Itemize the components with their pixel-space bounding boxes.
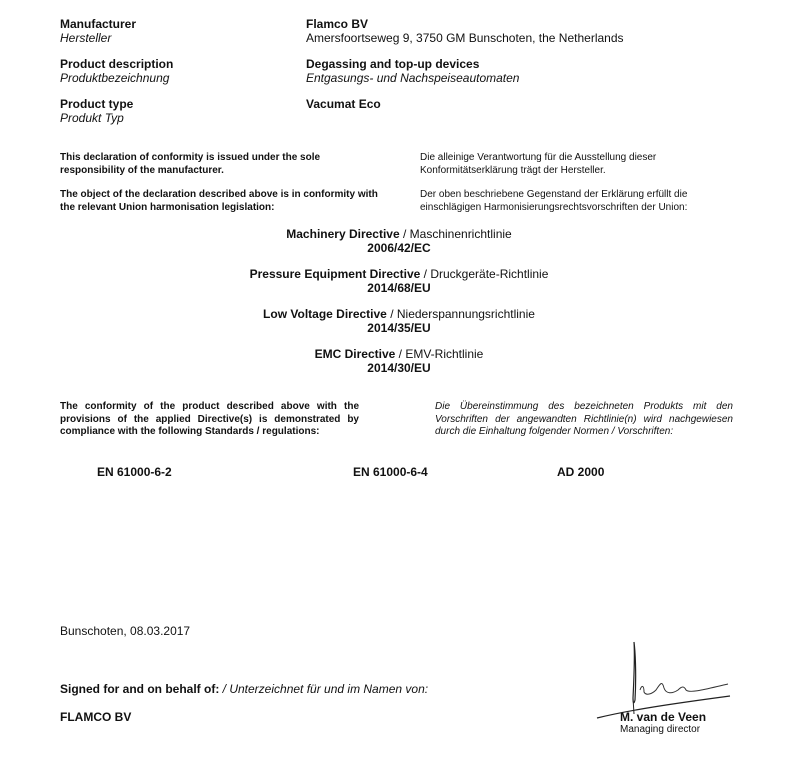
directive-code: 2014/30/EU	[367, 361, 430, 375]
product-description-value-de: Entgasungs- und Nachspeiseautomaten	[306, 71, 519, 85]
directive-name: Pressure Equipment Directive	[250, 267, 421, 281]
object-statement-de: Der oben beschriebene Gegenstand der Erk…	[420, 189, 730, 214]
signed-label-de: / Unterzeichnet für und im Namen von:	[219, 682, 428, 696]
directive-name-de: / EMV-Richtlinie	[395, 347, 483, 361]
directive-code: 2014/68/EU	[367, 281, 430, 295]
standard-item: AD 2000	[557, 465, 604, 479]
manufacturer-label-de: Hersteller	[60, 31, 111, 45]
product-description-label: Product description	[60, 57, 173, 71]
signed-label-en: Signed for and on behalf of:	[60, 682, 219, 696]
place-date: Bunschoten, 08.03.2017	[60, 624, 190, 638]
company-name: FLAMCO BV	[60, 710, 131, 724]
directive-name-de: / Druckgeräte-Richtlinie	[420, 267, 548, 281]
standards-intro-de: Die Übereinstimmung des bezeichneten Pro…	[435, 401, 733, 439]
directive-name-de: / Maschinenrichtlinie	[400, 227, 512, 241]
standard-item: EN 61000-6-4	[353, 465, 428, 479]
product-type-label: Product type	[60, 97, 133, 111]
directive-name-de: / Niederspannungsrichtlinie	[387, 307, 535, 321]
product-type-value: Vacumat Eco	[306, 97, 381, 111]
directive-code: 2006/42/EC	[367, 241, 430, 255]
directive-pressure-equipment: Pressure Equipment Directive / Druckgerä…	[0, 268, 798, 295]
directive-machinery: Machinery Directive / Maschinenrichtlini…	[0, 228, 798, 255]
directive-name: Machinery Directive	[286, 227, 399, 241]
standards-intro-en: The conformity of the product described …	[60, 401, 359, 439]
product-type-label-de: Produkt Typ	[60, 111, 124, 125]
manufacturer-address: Amersfoortseweg 9, 3750 GM Bunschoten, t…	[306, 31, 624, 45]
product-description-value: Degassing and top-up devices	[306, 57, 479, 71]
signatory-name: M. van de Veen	[620, 710, 706, 724]
directive-emc: EMC Directive / EMV-Richtlinie 2014/30/E…	[0, 348, 798, 375]
directive-name: Low Voltage Directive	[263, 307, 387, 321]
manufacturer-value: Flamco BV	[306, 17, 368, 31]
directive-name: EMC Directive	[315, 347, 396, 361]
object-statement-en: The object of the declaration described …	[60, 189, 390, 214]
directive-low-voltage: Low Voltage Directive / Niederspannungsr…	[0, 308, 798, 335]
signed-on-behalf: Signed for and on behalf of: / Unterzeic…	[60, 682, 428, 696]
manufacturer-label: Manufacturer	[60, 17, 136, 31]
signatory-title: Managing director	[620, 724, 700, 737]
product-description-label-de: Produktbezeichnung	[60, 71, 169, 85]
responsibility-statement-de: Die alleinige Verantwortung für die Auss…	[420, 152, 720, 177]
standard-item: EN 61000-6-2	[97, 465, 172, 479]
directive-code: 2014/35/EU	[367, 321, 430, 335]
responsibility-statement-en: This declaration of conformity is issued…	[60, 152, 360, 177]
